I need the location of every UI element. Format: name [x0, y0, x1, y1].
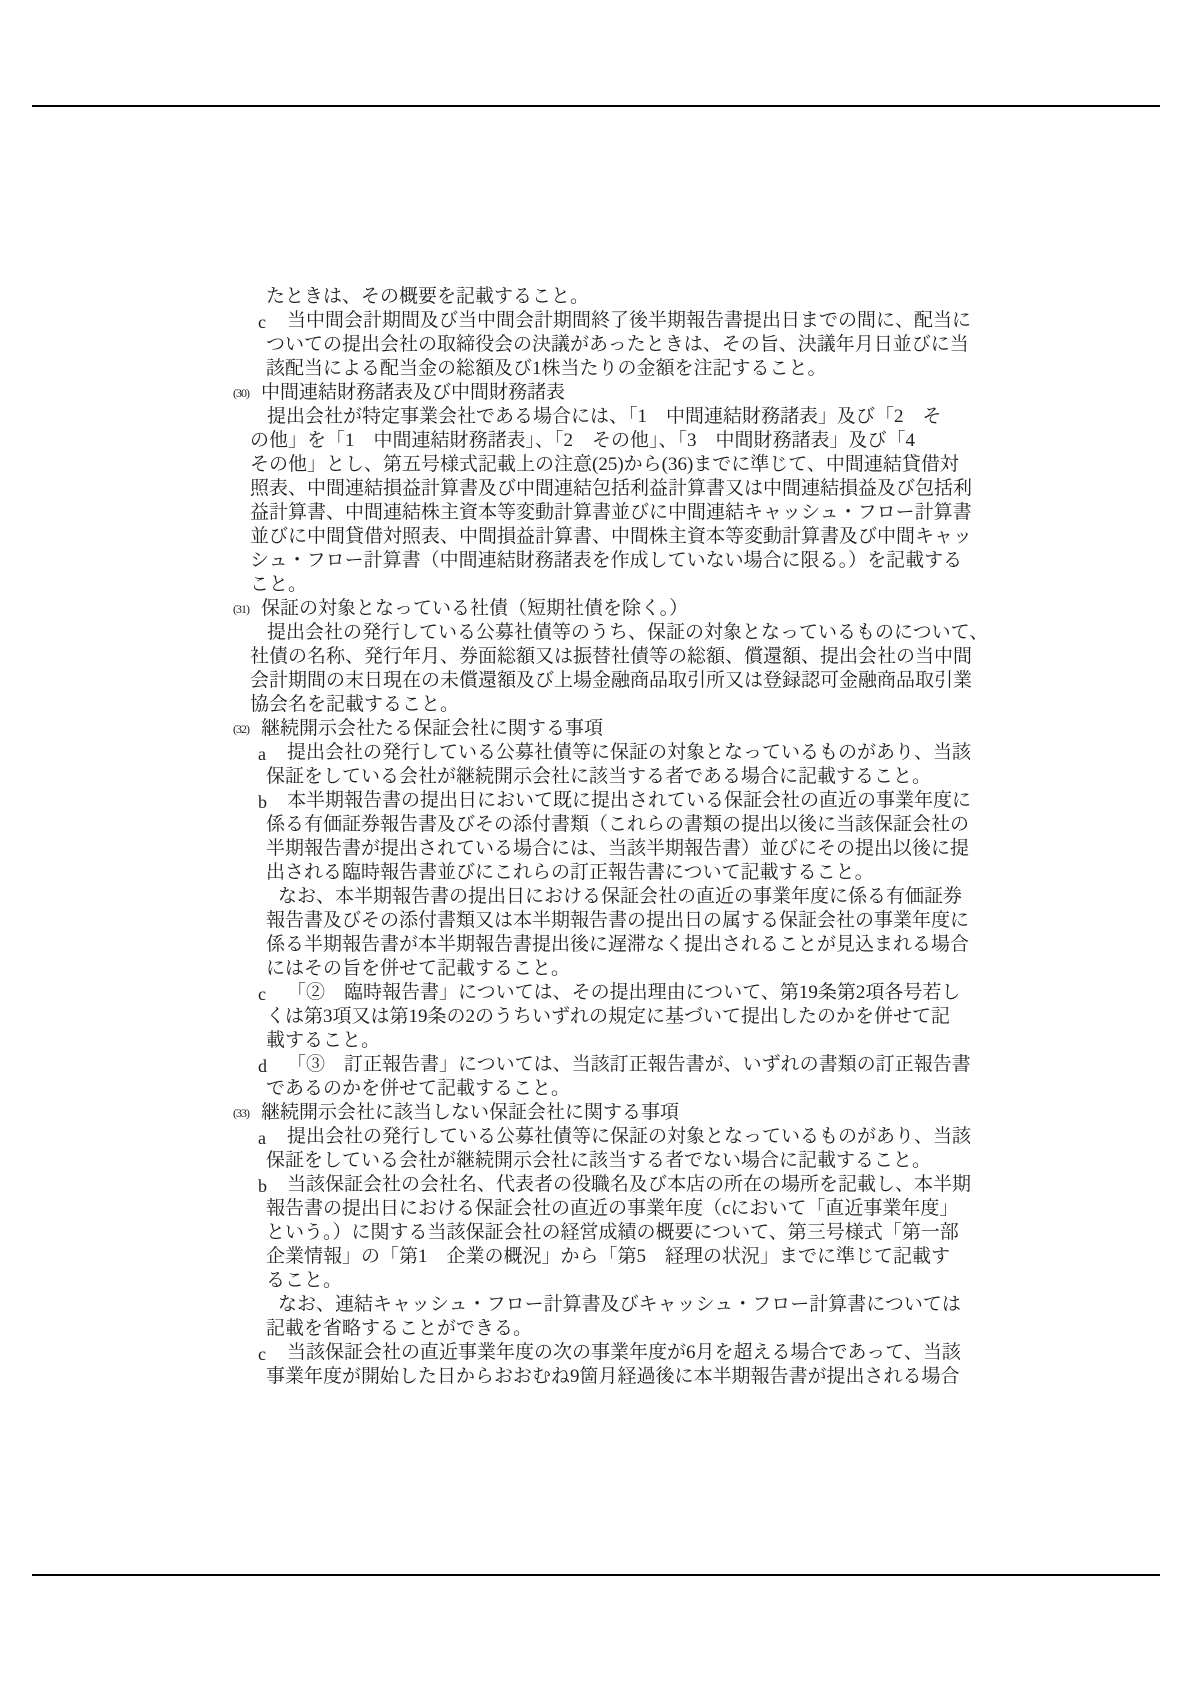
- document-line: くは第3項又は第19条の2のうちいずれの規定に基づいて提出したのかを併せて記: [0, 1005, 1192, 1029]
- line-text: 継続開示会社に該当しない保証会社に関する事項: [261, 1101, 679, 1125]
- line-text: くは第3項又は第19条の2のうちいずれの規定に基づいて提出したのかを併せて記: [266, 1005, 950, 1029]
- document-line: その他」とし、第五号様式記載上の注意(25)から(36)までに準じて、中間連結貸…: [0, 453, 1192, 477]
- line-text: ついての提出会社の取締役会の決議があったときは、その旨、決議年月日並びに当: [266, 333, 969, 357]
- line-text: 会計期間の末日現在の未償還額及び上場金融商品取引所又は登録認可金融商品取引業: [250, 669, 972, 693]
- sub-item-marker: c: [258, 1343, 266, 1365]
- item-number-marker: (33): [233, 1105, 249, 1121]
- line-text: にはその旨を併せて記載すること。: [266, 957, 570, 981]
- document-line: であるのかを併せて記載すること。: [0, 1077, 1192, 1101]
- document-line: 社債の名称、発行年月、券面総額又は振替社債等の総額、償還額、提出会社の当中間: [0, 645, 1192, 669]
- document-line: にはその旨を併せて記載すること。: [0, 957, 1192, 981]
- line-text: 企業情報」の「第1 企業の概況」から「第5 経理の状況」までに準じて記載す: [266, 1245, 950, 1269]
- document-line: 照表、中間連結損益計算書及び中間連結包括利益計算書又は中間連結損益及び包括利: [0, 477, 1192, 501]
- document-line: c当中間会計期間及び当中間会計期間終了後半期報告書提出日までの間に、配当に: [0, 309, 1192, 333]
- line-text: ること。: [266, 1269, 342, 1293]
- item-number-marker: (32): [233, 721, 249, 737]
- line-text: の他」を「1 中間連結財務諸表」、「2 その他」、「3 中間財務諸表」及び「4: [250, 429, 915, 453]
- document-line: (31)保証の対象となっている社債（短期社債を除く。）: [0, 597, 1192, 621]
- document-line: の他」を「1 中間連結財務諸表」、「2 その他」、「3 中間財務諸表」及び「4: [0, 429, 1192, 453]
- page-top-rule: [32, 105, 1160, 107]
- document-line: a提出会社の発行している公募社債等に保証の対象となっているものがあり、当該: [0, 1125, 1192, 1149]
- document-line: たときは、その概要を記載すること。: [0, 285, 1192, 309]
- line-text: であるのかを併せて記載すること。: [266, 1077, 570, 1101]
- document-line: d「③ 訂正報告書」については、当該訂正報告書が、いずれの書類の訂正報告書: [0, 1053, 1192, 1077]
- document-line: b当該保証会社の会社名、代表者の役職名及び本店の所在の場所を記載し、本半期: [0, 1173, 1192, 1197]
- document-line: c「② 臨時報告書」については、その提出理由について、第19条第2項各号若し: [0, 981, 1192, 1005]
- document-line: 出される臨時報告書並びにこれらの訂正報告書について記載すること。: [0, 861, 1192, 885]
- document-line: (30)中間連結財務諸表及び中間財務諸表: [0, 381, 1192, 405]
- line-text: 保証の対象となっている社債（短期社債を除く。）: [261, 597, 688, 621]
- sub-item-marker: a: [258, 1127, 266, 1149]
- document-line: 並びに中間貸借対照表、中間損益計算書、中間株主資本等変動計算書及び中間キャッ: [0, 525, 1192, 549]
- document-line: 保証をしている会社が継続開示会社に該当する者である場合に記載すること。: [0, 765, 1192, 789]
- document-line: 益計算書、中間連結株主資本等変動計算書並びに中間連結キャッシュ・フロー計算書: [0, 501, 1192, 525]
- line-text: という。）に関する当該保証会社の経営成績の概要について、第三号様式「第一部: [266, 1221, 959, 1245]
- document-line: 係る有価証券報告書及びその添付書類（これらの書類の提出以後に当該保証会社の: [0, 813, 1192, 837]
- line-text: 報告書の提出日における保証会社の直近の事業年度（cにおいて「直近事業年度」: [266, 1197, 958, 1221]
- line-text: 係る有価証券報告書及びその添付書類（これらの書類の提出以後に当該保証会社の: [266, 813, 969, 837]
- line-text: 事業年度が開始した日からおおむね9箇月経過後に本半期報告書が提出される場合: [266, 1365, 960, 1389]
- line-text: 当中間会計期間及び当中間会計期間終了後半期報告書提出日までの間に、配当に: [287, 309, 971, 333]
- line-text: 提出会社が特定事業会社である場合には、「1 中間連結財務諸表」及び「2 そ: [267, 405, 942, 429]
- line-text: その他」とし、第五号様式記載上の注意(25)から(36)までに準じて、中間連結貸…: [250, 453, 959, 477]
- document-line: (32)継続開示会社たる保証会社に関する事項: [0, 717, 1192, 741]
- document-line: c当該保証会社の直近事業年度の次の事業年度が6月を超える場合であって、当該: [0, 1341, 1192, 1365]
- document-line: 報告書及びその添付書類又は本半期報告書の提出日の属する保証会社の事業年度に: [0, 909, 1192, 933]
- line-text: 継続開示会社たる保証会社に関する事項: [261, 717, 603, 741]
- line-text: 半期報告書が提出されている場合には、当該半期報告書）並びにその提出以後に提: [266, 837, 969, 861]
- line-text: こと。: [250, 573, 307, 597]
- line-text: 提出会社の発行している公募社債等のうち、保証の対象となっているものについて、: [267, 621, 988, 645]
- document-line: 協会名を記載すること。: [0, 693, 1192, 717]
- document-line: なお、本半期報告書の提出日における保証会社の直近の事業年度に係る有価証券: [0, 885, 1192, 909]
- document-line: b本半期報告書の提出日において既に提出されている保証会社の直近の事業年度に: [0, 789, 1192, 813]
- line-text: 当該保証会社の直近事業年度の次の事業年度が6月を超える場合であって、当該: [287, 1341, 961, 1365]
- document-line: 会計期間の末日現在の未償還額及び上場金融商品取引所又は登録認可金融商品取引業: [0, 669, 1192, 693]
- line-text: 当該保証会社の会社名、代表者の役職名及び本店の所在の場所を記載し、本半期: [287, 1173, 971, 1197]
- line-text: 該配当による配当金の総額及び1株当たりの金額を注記すること。: [266, 357, 827, 381]
- line-text: 社債の名称、発行年月、券面総額又は振替社債等の総額、償還額、提出会社の当中間: [250, 645, 972, 669]
- item-number-marker: (31): [233, 601, 249, 617]
- item-number-marker: (30): [233, 385, 249, 401]
- document-line: 載すること。: [0, 1029, 1192, 1053]
- page-bottom-rule: [32, 1574, 1160, 1576]
- sub-item-marker: c: [258, 983, 266, 1005]
- line-text: 協会名を記載すること。: [250, 693, 459, 717]
- line-text: シュ・フロー計算書（中間連結財務諸表を作成していない場合に限る。）を記載する: [250, 549, 962, 573]
- sub-item-marker: b: [258, 791, 267, 813]
- document-line: ること。: [0, 1269, 1192, 1293]
- line-text: たときは、その概要を記載すること。: [266, 285, 589, 309]
- document-line: 事業年度が開始した日からおおむね9箇月経過後に本半期報告書が提出される場合: [0, 1365, 1192, 1389]
- line-text: 「③ 訂正報告書」については、当該訂正報告書が、いずれの書類の訂正報告書: [287, 1053, 971, 1077]
- line-text: 載すること。: [266, 1029, 380, 1053]
- line-text: 照表、中間連結損益計算書及び中間連結包括利益計算書又は中間連結損益及び包括利: [250, 477, 972, 501]
- document-line: 保証をしている会社が継続開示会社に該当する者でない場合に記載すること。: [0, 1149, 1192, 1173]
- line-text: 記載を省略することができる。: [266, 1317, 532, 1341]
- sub-item-marker: b: [258, 1175, 267, 1197]
- line-text: 提出会社の発行している公募社債等に保証の対象となっているものがあり、当該: [287, 741, 971, 765]
- line-text: 本半期報告書の提出日において既に提出されている保証会社の直近の事業年度に: [287, 789, 971, 813]
- document-line: 記載を省略することができる。: [0, 1317, 1192, 1341]
- line-text: なお、連結キャッシュ・フロー計算書及びキャッシュ・フロー計算書については: [278, 1293, 961, 1317]
- sub-item-marker: a: [258, 743, 266, 765]
- document-line: a提出会社の発行している公募社債等に保証の対象となっているものがあり、当該: [0, 741, 1192, 765]
- line-text: 出される臨時報告書並びにこれらの訂正報告書について記載すること。: [266, 861, 874, 885]
- document-line: 係る半期報告書が本半期報告書提出後に遅滞なく提出されることが見込まれる場合: [0, 933, 1192, 957]
- document-line: という。）に関する当該保証会社の経営成績の概要について、第三号様式「第一部: [0, 1221, 1192, 1245]
- line-text: 益計算書、中間連結株主資本等変動計算書並びに中間連結キャッシュ・フロー計算書: [250, 501, 972, 525]
- document-line: こと。: [0, 573, 1192, 597]
- document-line: 提出会社の発行している公募社債等のうち、保証の対象となっているものについて、: [0, 621, 1192, 645]
- line-text: 「② 臨時報告書」については、その提出理由について、第19条第2項各号若し: [287, 981, 960, 1005]
- line-text: 保証をしている会社が継続開示会社に該当する者である場合に記載すること。: [266, 765, 931, 789]
- line-text: 中間連結財務諸表及び中間財務諸表: [261, 381, 565, 405]
- document-line: 提出会社が特定事業会社である場合には、「1 中間連結財務諸表」及び「2 そ: [0, 405, 1192, 429]
- document-page: たときは、その概要を記載すること。c当中間会計期間及び当中間会計期間終了後半期報…: [0, 0, 1192, 1685]
- line-text: 並びに中間貸借対照表、中間損益計算書、中間株主資本等変動計算書及び中間キャッ: [250, 525, 972, 549]
- sub-item-marker: d: [258, 1055, 267, 1077]
- document-line: 報告書の提出日における保証会社の直近の事業年度（cにおいて「直近事業年度」: [0, 1197, 1192, 1221]
- document-line: 半期報告書が提出されている場合には、当該半期報告書）並びにその提出以後に提: [0, 837, 1192, 861]
- line-text: 提出会社の発行している公募社債等に保証の対象となっているものがあり、当該: [287, 1125, 971, 1149]
- document-line: 該配当による配当金の総額及び1株当たりの金額を注記すること。: [0, 357, 1192, 381]
- document-line: なお、連結キャッシュ・フロー計算書及びキャッシュ・フロー計算書については: [0, 1293, 1192, 1317]
- document-line: シュ・フロー計算書（中間連結財務諸表を作成していない場合に限る。）を記載する: [0, 549, 1192, 573]
- document-line: ついての提出会社の取締役会の決議があったときは、その旨、決議年月日並びに当: [0, 333, 1192, 357]
- line-text: 保証をしている会社が継続開示会社に該当する者でない場合に記載すること。: [266, 1149, 931, 1173]
- line-text: 報告書及びその添付書類又は本半期報告書の提出日の属する保証会社の事業年度に: [266, 909, 969, 933]
- line-text: 係る半期報告書が本半期報告書提出後に遅滞なく提出されることが見込まれる場合: [266, 933, 969, 957]
- sub-item-marker: c: [258, 311, 266, 333]
- document-line: 企業情報」の「第1 企業の概況」から「第5 経理の状況」までに準じて記載す: [0, 1245, 1192, 1269]
- document-line: (33)継続開示会社に該当しない保証会社に関する事項: [0, 1101, 1192, 1125]
- line-text: なお、本半期報告書の提出日における保証会社の直近の事業年度に係る有価証券: [278, 885, 962, 909]
